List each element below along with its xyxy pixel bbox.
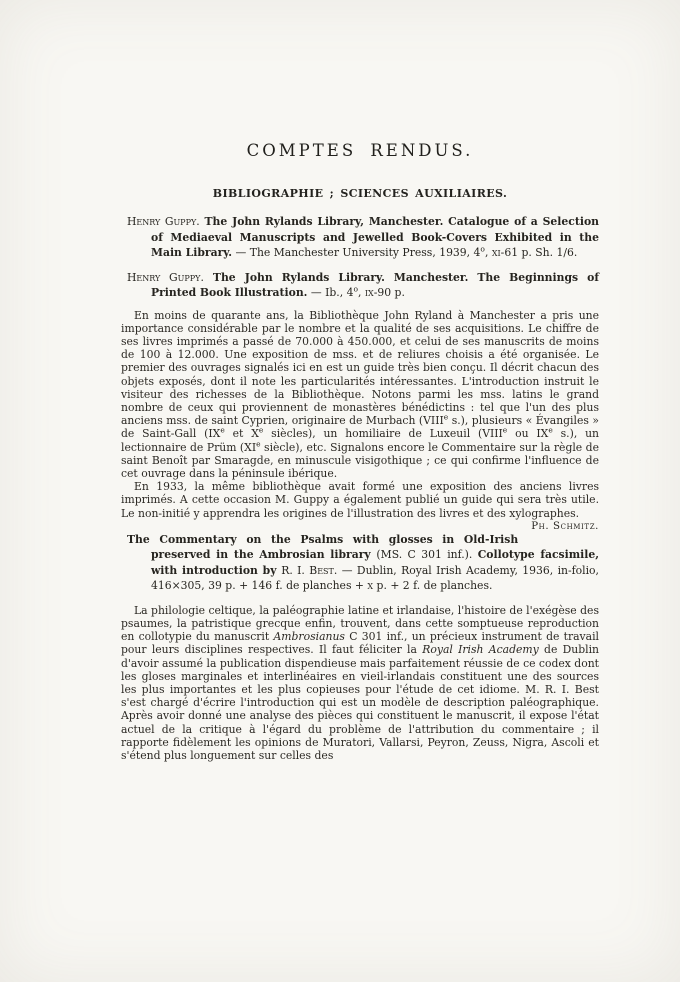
text-segment: -90 p.: [374, 286, 405, 299]
section-heading: BIBLIOGRAPHIE ; SCIENCES AUXILIAIRES.: [121, 187, 599, 200]
text-segment: Royal Irish Academy: [422, 643, 539, 656]
text-segment: ,: [358, 286, 365, 299]
review-paragraph-psalms-1: La philologie celtique, la paléographie …: [121, 604, 599, 762]
text-segment: ,: [485, 246, 492, 259]
text-segment: — The Manchester University Press, 1939,…: [232, 246, 480, 259]
page-title: COMPTES RENDUS.: [121, 0, 599, 160]
text-segment: Ph. Schmitz.: [518, 520, 599, 533]
text-segment: Henry Guppy.: [127, 271, 204, 284]
scanned-journal-page: COMPTES RENDUS. BIBLIOGRAPHIE ; SCIENCES…: [0, 0, 680, 982]
text-segment: — Ib., 4: [307, 286, 353, 299]
review-paragraph-rylands-2: En 1933, la même bibliothèque avait form…: [121, 480, 599, 520]
text-segment: Henry Guppy.: [127, 215, 200, 228]
text-segment: et X: [225, 427, 259, 440]
text-segment: p. + 2 f. de planches.: [373, 579, 492, 592]
text-segment: de Dublin d'avoir assumé la publication …: [121, 643, 599, 762]
review-paragraph-rylands-1: En moins de quarante ans, la Bibliothèqu…: [121, 309, 599, 481]
text-column: COMPTES RENDUS. BIBLIOGRAPHIE ; SCIENCES…: [121, 0, 599, 762]
text-segment: -61 p. Sh. 1/6.: [501, 246, 578, 259]
text-segment: siècles), un homiliaire de Luxeuil (VIII: [263, 427, 502, 440]
text-segment: Ambrosianus: [273, 630, 345, 643]
text-segment: En 1933, la même bibliothèque avait form…: [121, 480, 599, 519]
bibliography-entry-guppy-beginnings: Henry Guppy. The John Rylands Library. M…: [121, 270, 599, 301]
bibliography-entry-psalms-commentary: The Commentary on the Psalms with glosse…: [121, 532, 599, 594]
text-segment: (MS. C 301 inf.).: [376, 548, 477, 561]
text-segment: ou IX: [507, 427, 548, 440]
bibliography-entry-guppy-catalogue: Henry Guppy. The John Rylands Library, M…: [121, 214, 599, 261]
text-segment: R. I. Best.: [281, 564, 337, 577]
text-segment: En moins de quarante ans, la Bibliothèqu…: [121, 309, 599, 428]
text-segment: xi: [492, 246, 501, 259]
text-segment: ix: [365, 286, 374, 299]
